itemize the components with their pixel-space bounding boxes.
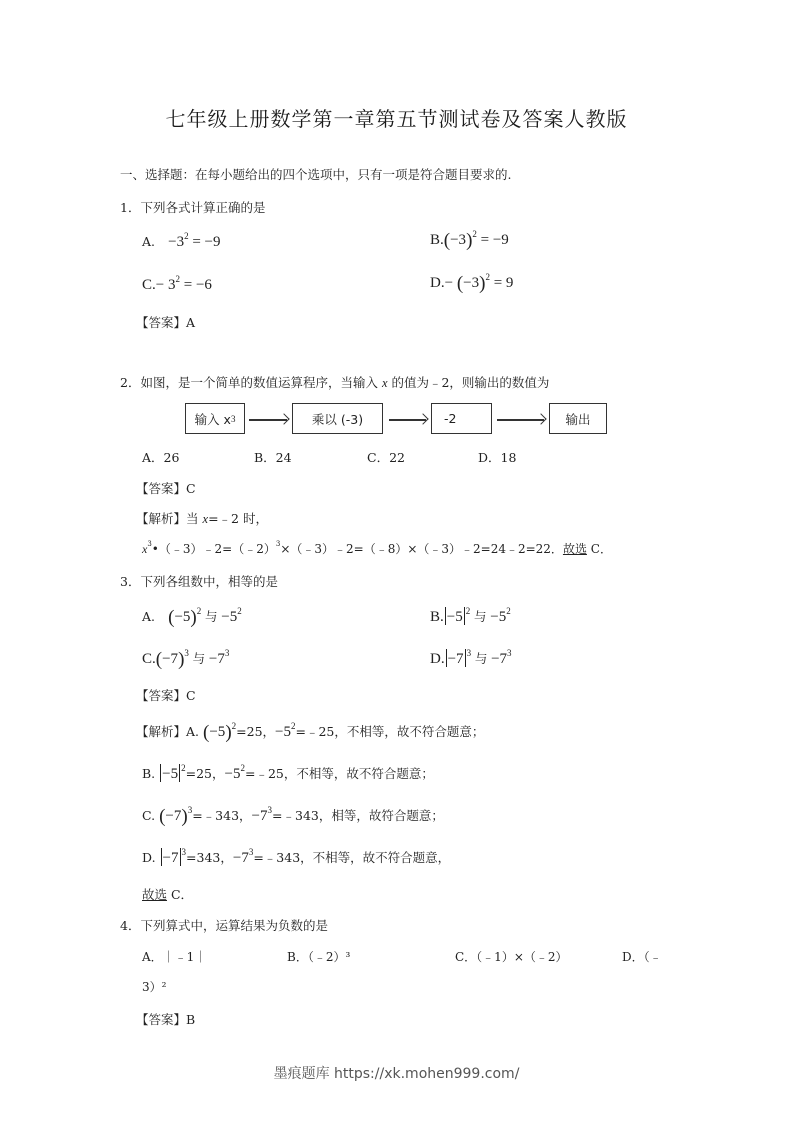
option-b: B．（﹣2）³ <box>287 948 350 965</box>
option-b: B.(−3)2 = −9 <box>430 229 509 252</box>
option-d-line-2: 3）² <box>142 978 166 995</box>
option-b-expr: (−3)2 = −9 <box>444 232 509 248</box>
option-d-line-1: D．（﹣ <box>622 948 662 965</box>
section-header: 一、选择题：在每小题给出的四个选项中，只有一项是符合题目要求的. <box>120 165 511 183</box>
option-c: C．22 <box>367 448 405 466</box>
answer: 【答案】B <box>136 1010 195 1028</box>
analysis-tag: 【解析】 <box>136 511 186 526</box>
option-a: A. (−5)2 与 −52 <box>142 606 242 629</box>
answer: 【答案】C <box>136 479 196 497</box>
answer: 【答案】A <box>136 313 195 331</box>
question-stem: 3．下列各组数中，相等的是 <box>120 572 278 590</box>
answer-tag: 【答案】 <box>136 1012 186 1027</box>
answer-value: B <box>186 1012 195 1027</box>
answer-tag: 【答案】 <box>136 688 186 703</box>
analysis-line-c: C. (−7)3=﹣343，−73=﹣343，相等，故符合题意； <box>142 806 444 828</box>
arrow-right-icon <box>249 419 287 421</box>
answer-value: C <box>186 688 196 703</box>
answer-value: C <box>186 481 196 496</box>
document-title: 七年级上册数学第一章第五节测试卷及答案人教版 <box>0 103 793 132</box>
option-a: A．26 <box>142 448 179 466</box>
question-stem: 4．下列算式中，运算结果为负数的是 <box>120 916 328 934</box>
option-c: C.− 32 = −6 <box>142 274 212 294</box>
option-a-expr: (−5)2 与 −52 <box>168 609 242 625</box>
option-d-expr: −73 与 −73 <box>445 651 512 667</box>
analysis-line-b: B. −52=25，−52=﹣25，不相等，故不符合题意； <box>142 764 434 783</box>
option-a: A. −32 = −9 <box>142 231 221 251</box>
flowchart-step-subtract: -2 <box>431 403 492 434</box>
flowchart-step-input: 输入 x3 <box>185 403 245 434</box>
flowchart-step-multiply: 乘以 (-3) <box>292 403 383 434</box>
answer-tag: 【答案】 <box>136 315 186 330</box>
option-b: B.−52 与 −52 <box>430 606 511 626</box>
flowchart-step-output: 输出 <box>549 403 607 434</box>
arrow-right-icon <box>497 419 544 421</box>
arrow-right-icon <box>389 419 426 421</box>
option-c: C．（﹣1）×（﹣2） <box>455 948 568 965</box>
analysis-line-1: 【解析】当 x=﹣2 时， <box>136 509 268 527</box>
question-number: 1． <box>120 200 140 215</box>
analysis-line-d: D. −73=343，−73=﹣343，不相等，故不符合题意， <box>142 848 450 867</box>
question-number: 3． <box>120 574 140 589</box>
answer: 【答案】C <box>136 686 196 704</box>
analysis-line-2: x3•（﹣3）﹣2=（﹣2）3×（﹣3）﹣2=（﹣8）×（﹣3）﹣2=24﹣2=… <box>142 540 612 557</box>
option-c: C.(−7)3 与 −73 <box>142 648 229 671</box>
option-d: D.− (−3)2 = 9 <box>430 272 513 295</box>
answer-tag: 【答案】 <box>136 481 186 496</box>
analysis-tag: 【解析】 <box>136 724 186 739</box>
option-a-expr: −32 = −9 <box>168 234 220 250</box>
footer-watermark: 墨痕题库 https://xk.mohen999.com/ <box>0 1063 793 1083</box>
option-a: A．｜﹣1｜ <box>142 948 206 965</box>
question-number: 2． <box>120 375 140 390</box>
option-c-expr: − 32 = −6 <box>156 277 212 293</box>
question-stem: 2．如图，是一个简单的数值运算程序，当输入 x 的值为﹣2，则输出的数值为 <box>120 373 549 391</box>
option-c-expr: (−7)3 与 −73 <box>156 651 230 667</box>
option-b: B．24 <box>254 448 292 466</box>
question-number: 4． <box>120 918 140 933</box>
analysis-line-a: 【解析】A. (−5)2=25，−52=﹣25，不相等，故不符合题意； <box>136 722 484 744</box>
option-d-expr: − (−3)2 = 9 <box>445 275 514 291</box>
question-stem: 1．下列各式计算正确的是 <box>120 198 265 216</box>
option-d: D．18 <box>478 448 516 466</box>
option-b-expr: −52 与 −52 <box>444 609 511 625</box>
conclusion: 故选 C． <box>142 885 193 903</box>
answer-value: A <box>186 315 195 330</box>
option-d: D.−73 与 −73 <box>430 648 512 668</box>
